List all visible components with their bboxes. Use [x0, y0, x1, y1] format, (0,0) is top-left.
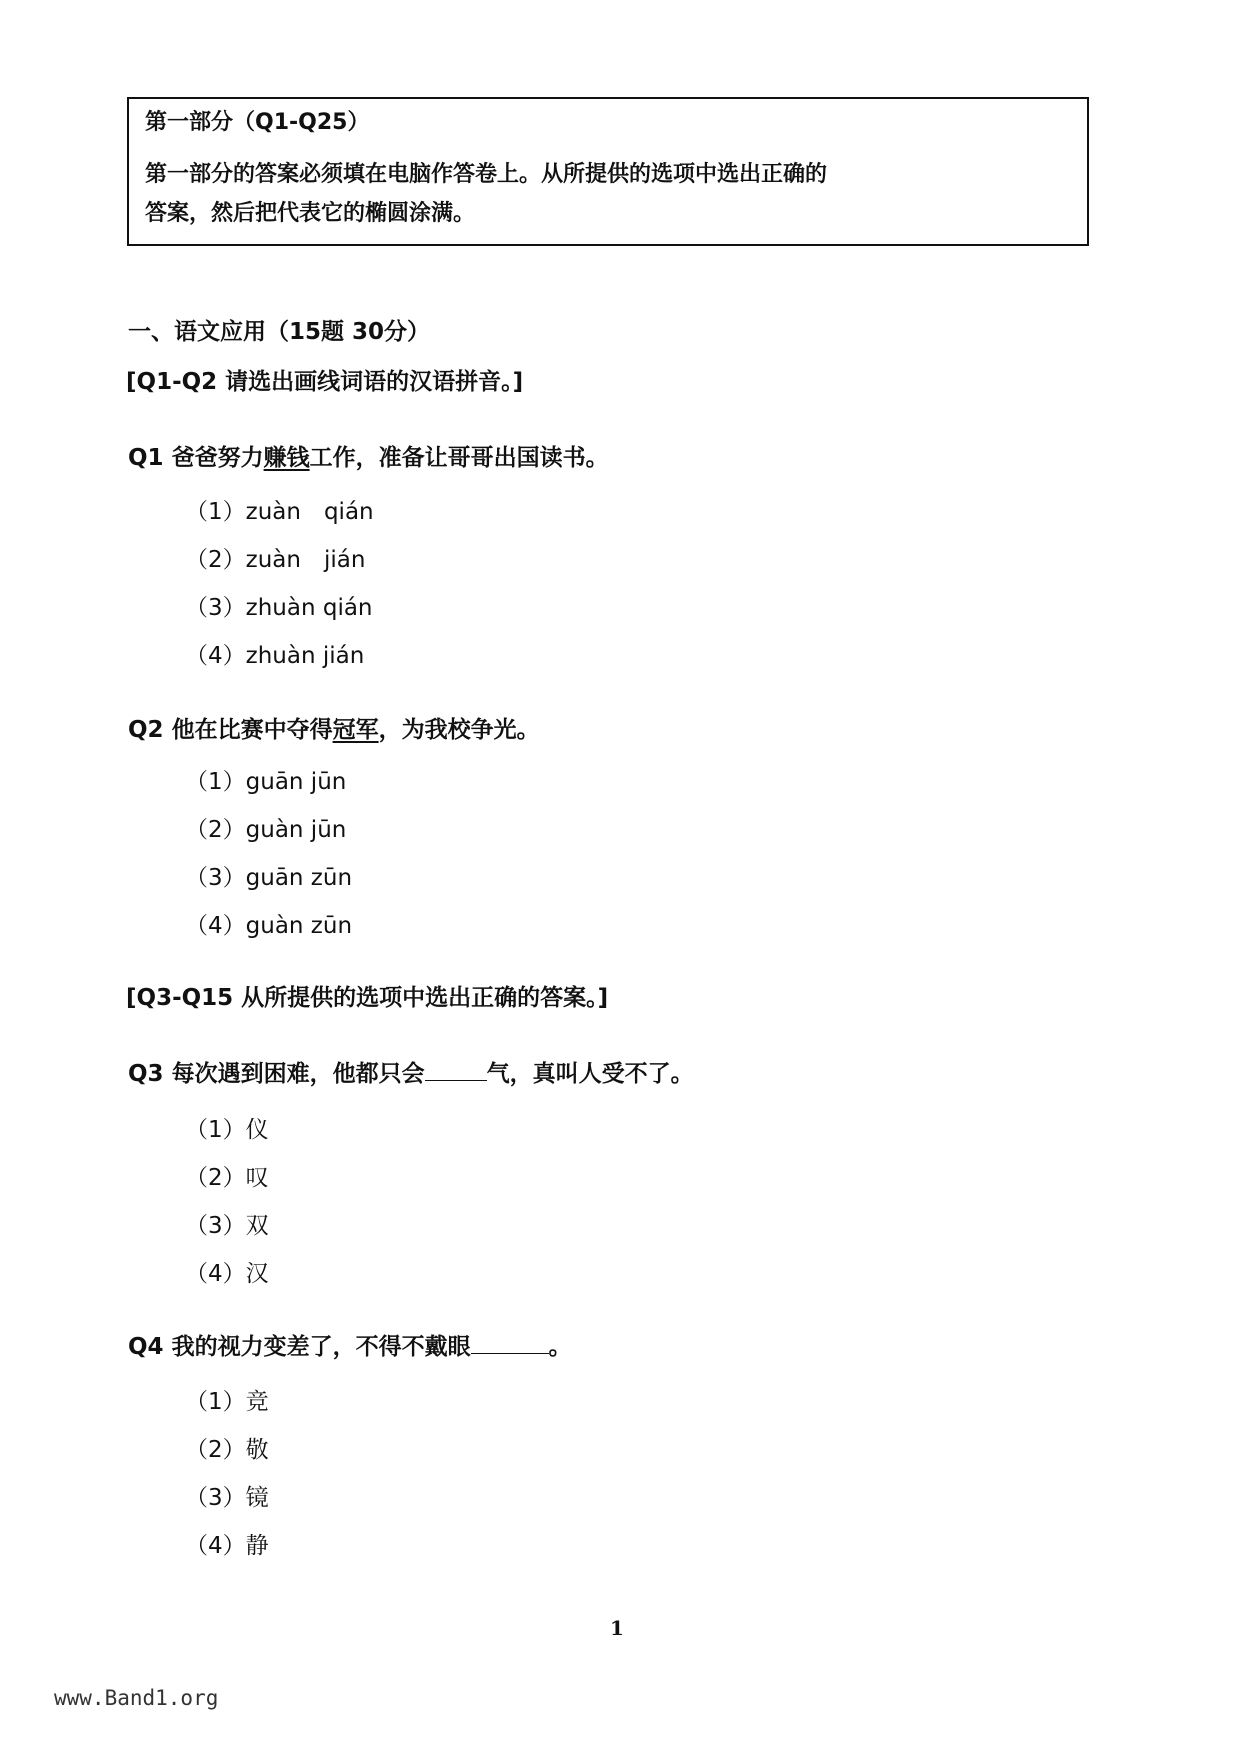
question-number: Q1: [128, 445, 164, 471]
option-label: （4）: [185, 913, 246, 939]
option-text: guān zūn: [246, 865, 352, 891]
page-number: 1: [610, 1616, 624, 1640]
option-label: （4）: [185, 643, 246, 669]
question-text-before: 我的视力变差了，不得不戴眼: [172, 1334, 471, 1360]
question-number: Q2: [128, 717, 164, 743]
option-label: （2）: [185, 1437, 246, 1463]
question-q1: Q1 爸爸努力赚钱工作，准备让哥哥出国读书。: [128, 443, 609, 473]
option-label: （2）: [185, 817, 246, 843]
q4-option-1[interactable]: （1）竞: [185, 1387, 269, 1417]
part-one-instruction-line2: 答案，然后把代表它的椭圆涂满。: [145, 200, 475, 228]
option-label: （3）: [185, 1213, 246, 1239]
q1-option-2[interactable]: （2）zuàn jián: [185, 545, 365, 575]
question-q2: Q2 他在比赛中夺得冠军，为我校争光。: [128, 715, 540, 745]
q1-option-4[interactable]: （4）zhuàn jián: [185, 641, 364, 671]
q4-option-4[interactable]: （4）静: [185, 1531, 269, 1561]
question-number: Q3: [128, 1061, 164, 1087]
watermark-url: www.Band1.org: [54, 1686, 218, 1710]
option-text: zhuàn jián: [246, 643, 365, 669]
underlined-word: 冠军: [333, 717, 379, 743]
question-text-after: ，为我校争光。: [379, 717, 540, 743]
question-text-after: 工作，准备让哥哥出国读书。: [310, 445, 609, 471]
option-text: 镜: [246, 1485, 269, 1511]
question-q3: Q3 每次遇到困难，他都只会气，真叫人受不了。: [128, 1059, 694, 1089]
q3-option-4[interactable]: （4）汉: [185, 1259, 269, 1289]
instruction-q1-q2: [Q1-Q2 请选出画线词语的汉语拼音。]: [126, 367, 523, 397]
underlined-word: 赚钱: [264, 445, 310, 471]
q4-option-3[interactable]: （3）镜: [185, 1483, 269, 1513]
section-heading: 一、语文应用（15题 30分）: [128, 317, 430, 347]
question-text-after: 气，真叫人受不了。: [487, 1061, 694, 1087]
question-text-before: 每次遇到困难，他都只会: [172, 1061, 425, 1087]
q4-option-2[interactable]: （2）敬: [185, 1435, 269, 1465]
answer-blank: [425, 1060, 487, 1081]
question-text-after: 。: [549, 1334, 572, 1360]
question-number: Q4: [128, 1334, 164, 1360]
instruction-q3-q15: [Q3-Q15 从所提供的选项中选出正确的答案。]: [126, 983, 608, 1013]
option-text: 竞: [246, 1389, 269, 1415]
option-text: zhuàn qián: [246, 595, 373, 621]
option-text: 双: [246, 1213, 269, 1239]
q2-option-2[interactable]: （2）guàn jūn: [185, 815, 346, 845]
q2-option-3[interactable]: （3）guān zūn: [185, 863, 352, 893]
option-text: 叹: [246, 1165, 269, 1191]
option-text: 静: [246, 1533, 269, 1559]
q2-option-4[interactable]: （4）guàn zūn: [185, 911, 352, 941]
option-label: （3）: [185, 865, 246, 891]
q1-option-1[interactable]: （1）zuàn qián: [185, 497, 374, 527]
q1-option-3[interactable]: （3）zhuàn qián: [185, 593, 373, 623]
option-label: （4）: [185, 1533, 246, 1559]
option-label: （1）: [185, 769, 246, 795]
part-one-instruction-box: 第一部分（Q1-Q25） 第一部分的答案必须填在电脑作答卷上。从所提供的选项中选…: [127, 97, 1089, 246]
option-text: guān jūn: [246, 769, 347, 795]
option-label: （3）: [185, 1485, 246, 1511]
part-one-instruction-line1: 第一部分的答案必须填在电脑作答卷上。从所提供的选项中选出正确的: [145, 161, 827, 189]
option-text: guàn jūn: [246, 817, 347, 843]
option-text: zuàn jián: [246, 547, 366, 573]
option-label: （3）: [185, 595, 246, 621]
option-text: 敬: [246, 1437, 269, 1463]
q3-option-3[interactable]: （3）双: [185, 1211, 269, 1241]
q3-option-2[interactable]: （2）叹: [185, 1163, 269, 1193]
question-q4: Q4 我的视力变差了，不得不戴眼。: [128, 1332, 572, 1362]
option-label: （2）: [185, 1165, 246, 1191]
option-label: （1）: [185, 499, 246, 525]
option-text: guàn zūn: [246, 913, 352, 939]
option-label: （2）: [185, 547, 246, 573]
option-label: （4）: [185, 1261, 246, 1287]
option-label: （1）: [185, 1389, 246, 1415]
question-text-before: 爸爸努力: [172, 445, 264, 471]
answer-blank: [471, 1333, 549, 1354]
option-text: zuàn qián: [246, 499, 374, 525]
option-text: 汉: [246, 1261, 269, 1287]
q3-option-1[interactable]: （1）仪: [185, 1115, 269, 1145]
option-label: （1）: [185, 1117, 246, 1143]
q2-option-1[interactable]: （1）guān jūn: [185, 767, 346, 797]
option-text: 仪: [246, 1117, 269, 1143]
part-one-title: 第一部分（Q1-Q25）: [145, 109, 369, 137]
question-text-before: 他在比赛中夺得: [172, 717, 333, 743]
